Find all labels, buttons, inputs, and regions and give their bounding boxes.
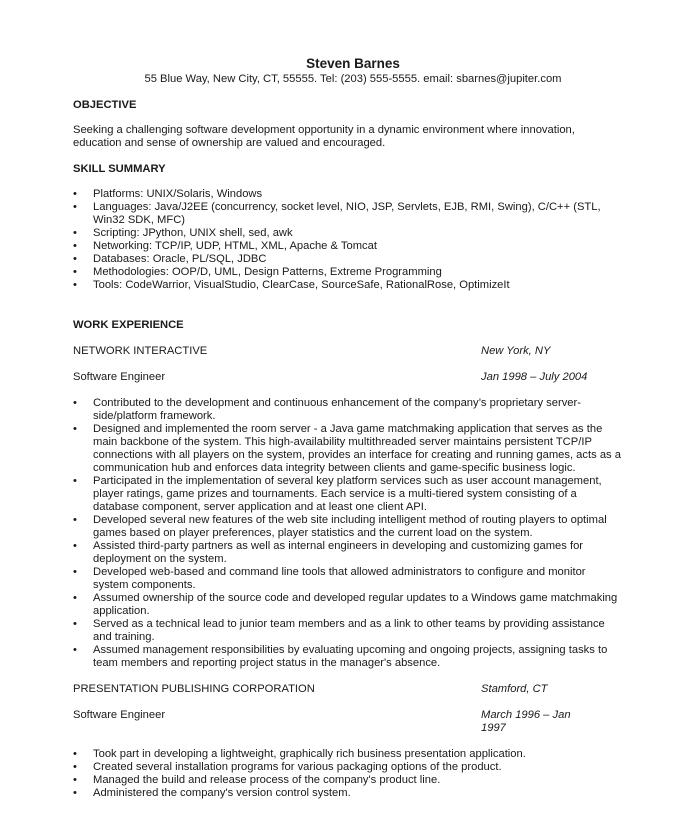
job-bullet: •Assumed ownership of the source code an… <box>73 592 623 618</box>
bullet-icon: • <box>73 748 77 761</box>
job-network-interactive: NETWORK INTERACTIVE New York, NY Softwar… <box>73 345 633 670</box>
job-location: New York, NY <box>481 345 588 358</box>
bullet-icon: • <box>73 279 77 292</box>
job-bullet: •Took part in developing a lightweight, … <box>73 748 623 761</box>
job-bullet: •Managed the build and release process o… <box>73 774 623 787</box>
job-bullet: •Created several installation programs f… <box>73 761 623 774</box>
job-bullet-list: •Took part in developing a lightweight, … <box>73 748 623 800</box>
job-bullet: •Administered the company's version cont… <box>73 787 623 800</box>
bullet-icon: • <box>73 253 77 266</box>
job-presentation-publishing: PRESENTATION PUBLISHING CORPORATION Stam… <box>73 683 633 800</box>
job-dates: Jan 1998 – July 2004 <box>481 371 588 384</box>
bullet-icon: • <box>73 566 77 579</box>
job-title: Software Engineer <box>73 371 165 384</box>
skill-item: •Methodologies: OOP/D, UML, Design Patte… <box>73 266 633 279</box>
job-bullet: •Participated in the implementation of s… <box>73 475 623 514</box>
job-bullet: •Served as a technical lead to junior te… <box>73 618 623 644</box>
skill-item: •Networking: TCP/IP, UDP, HTML, XML, Apa… <box>73 240 633 253</box>
candidate-name: Steven Barnes <box>73 56 633 72</box>
objective-heading: OBJECTIVE <box>73 98 633 112</box>
company-name: NETWORK INTERACTIVE <box>73 345 207 358</box>
skill-item: •Scripting: JPython, UNIX shell, sed, aw… <box>73 227 633 240</box>
contact-line: 55 Blue Way, New City, CT, 55555. Tel: (… <box>73 72 633 86</box>
job-bullet: •Developed several new features of the w… <box>73 514 623 540</box>
objective-text: Seeking a challenging software developme… <box>73 124 603 150</box>
bullet-icon: • <box>73 644 77 657</box>
job-bullet: •Assisted third-party partners as well a… <box>73 540 623 566</box>
skill-list: •Platforms: UNIX/Solaris, Windows •Langu… <box>73 188 633 292</box>
skill-item: •Tools: CodeWarrior, VisualStudio, Clear… <box>73 279 633 292</box>
job-location: Stamford, CT <box>481 683 588 696</box>
bullet-icon: • <box>73 397 77 410</box>
bullet-icon: • <box>73 475 77 488</box>
job-bullet: •Designed and implemented the room serve… <box>73 423 623 475</box>
bullet-icon: • <box>73 423 77 436</box>
resume-page: Steven Barnes 55 Blue Way, New City, CT,… <box>73 56 633 800</box>
job-bullet-list: •Contributed to the development and cont… <box>73 397 623 670</box>
bullet-icon: • <box>73 592 77 605</box>
bullet-icon: • <box>73 514 77 527</box>
bullet-icon: • <box>73 227 77 240</box>
bullet-icon: • <box>73 787 77 800</box>
work-experience-heading: WORK EXPERIENCE <box>73 318 633 332</box>
bullet-icon: • <box>73 240 77 253</box>
bullet-icon: • <box>73 761 77 774</box>
bullet-icon: • <box>73 201 77 214</box>
bullet-icon: • <box>73 618 77 631</box>
job-bullet: •Contributed to the development and cont… <box>73 397 623 423</box>
skill-item: •Databases: Oracle, PL/SQL, JDBC <box>73 253 633 266</box>
bullet-icon: • <box>73 540 77 553</box>
job-bullet: •Assumed management responsibilities by … <box>73 644 623 670</box>
company-name: PRESENTATION PUBLISHING CORPORATION <box>73 683 315 696</box>
job-dates: March 1996 – Jan 1997 <box>481 709 588 735</box>
job-bullet: •Developed web-based and command line to… <box>73 566 623 592</box>
skill-item: •Languages: Java/J2EE (concurrency, sock… <box>73 201 633 227</box>
job-title: Software Engineer <box>73 709 165 735</box>
skill-summary-heading: SKILL SUMMARY <box>73 162 633 176</box>
bullet-icon: • <box>73 188 77 201</box>
skill-item: •Platforms: UNIX/Solaris, Windows <box>73 188 633 201</box>
bullet-icon: • <box>73 266 77 279</box>
bullet-icon: • <box>73 774 77 787</box>
